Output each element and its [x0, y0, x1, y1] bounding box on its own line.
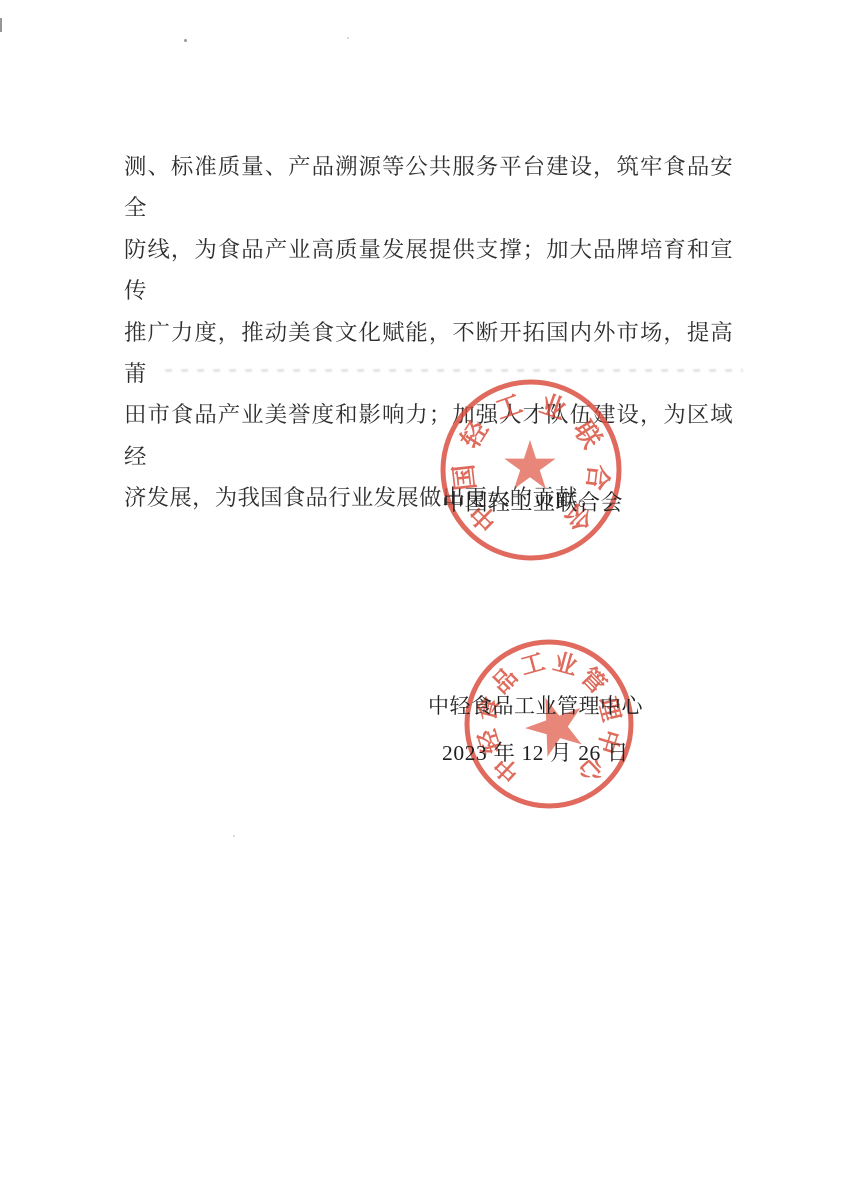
svg-text:业: 业: [536, 389, 570, 425]
red-seal-stamp-2: 中轻食品工业管理中心: [459, 634, 639, 814]
svg-text:联: 联: [568, 416, 606, 453]
body-line: 防线，为食品产业高质量发展提供支撑；加大品牌培育和宣传: [124, 229, 733, 312]
scan-speck: [347, 37, 349, 39]
body-line: 推广力度，推动美食文化赋能，不断开拓国内外市场，提高莆: [124, 312, 733, 395]
body-line: 测、标准质量、产品溯源等公共服务平台建设，筑牢食品安全: [124, 146, 733, 229]
signature-date: 2023 年 12 月 26 日: [442, 736, 629, 767]
scan-speck: [184, 39, 187, 42]
body-line: 田市食品产业美誉度和影响力；加强人才队伍建设，为区域经: [124, 394, 733, 477]
scan-edge-artifact: [0, 18, 2, 32]
body-paragraph: 测、标准质量、产品溯源等公共服务平台建设，筑牢食品安全 防线，为食品产业高质量发…: [124, 146, 733, 519]
scan-speck: [233, 835, 235, 837]
signature-org-2: 中轻食品工业管理中心: [428, 690, 643, 720]
svg-text:工: 工: [518, 649, 548, 680]
red-seal-stamp-1: 中国轻工业联合会: [436, 375, 626, 565]
svg-text:业: 业: [550, 648, 580, 680]
seal-star-icon: [504, 440, 555, 489]
body-line: 济发展，为我国食品行业发展做出更大的贡献。: [124, 477, 733, 518]
scanned-document-page: 测、标准质量、产品溯源等公共服务平台建设，筑牢食品安全 防线，为食品产业高质量发…: [0, 0, 848, 1200]
signature-org-1: 中国轻工业联合会: [443, 486, 623, 517]
svg-text:工: 工: [492, 389, 526, 425]
